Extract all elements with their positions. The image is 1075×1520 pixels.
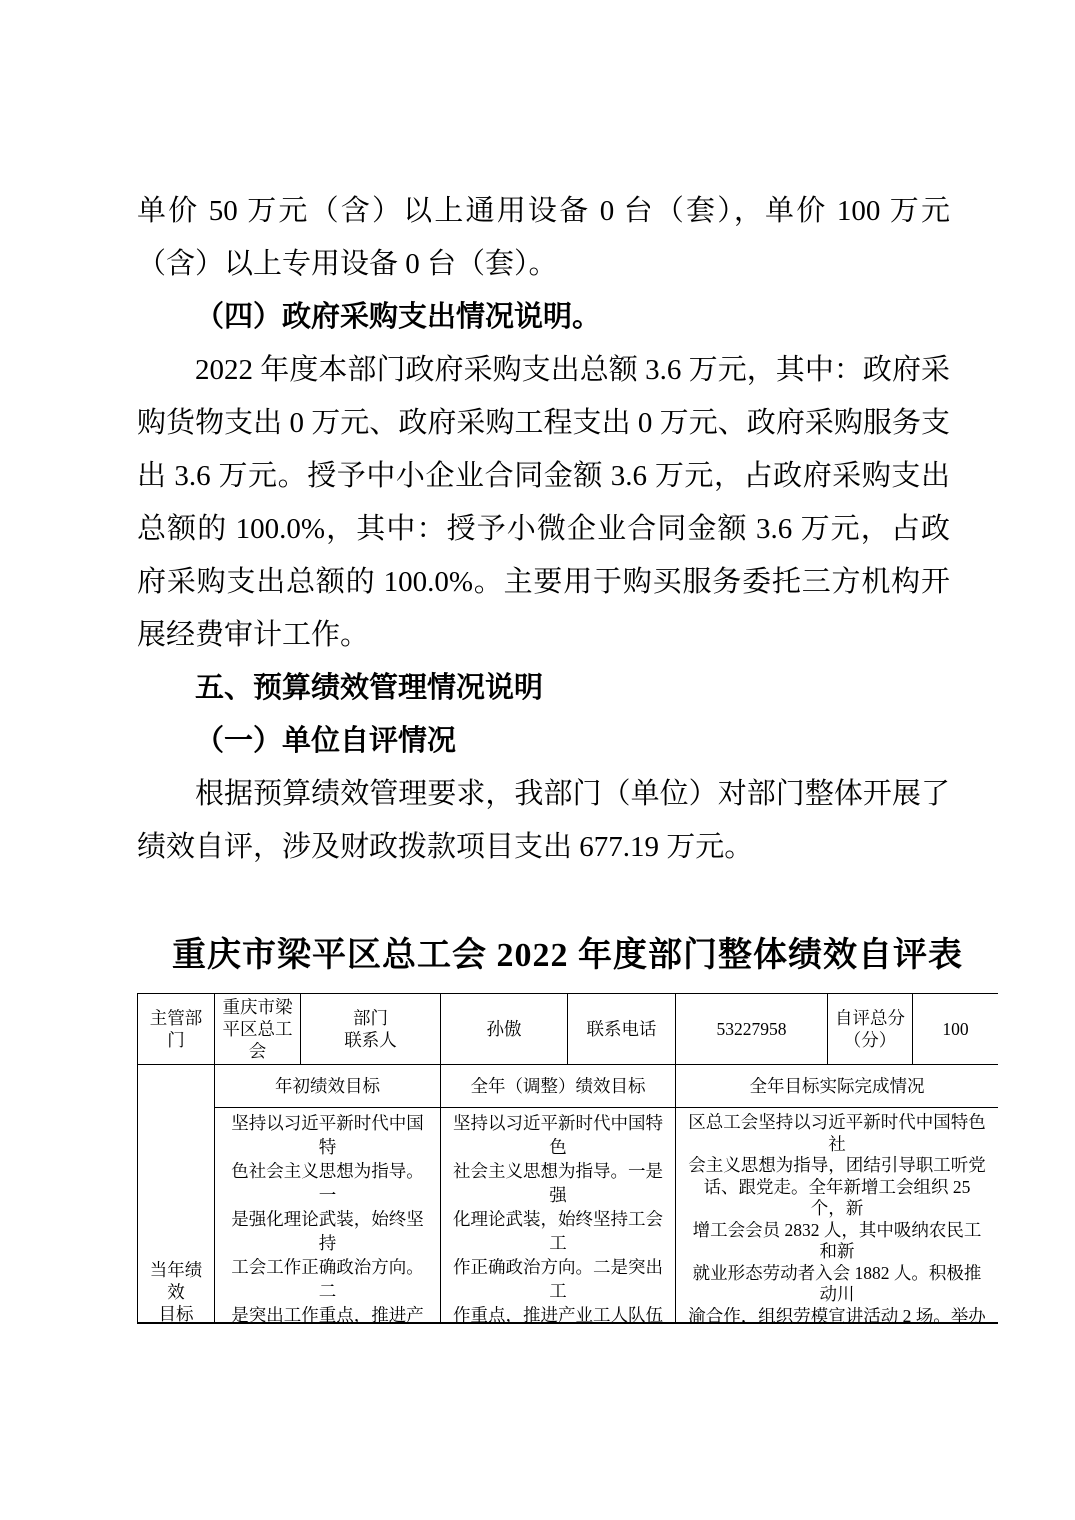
cell-phone-value: 53227958 [676, 994, 828, 1065]
heading-subsection-one: （一）单位自评情况 [137, 715, 950, 768]
cell-adjusted-goal-text: 坚持以习近平新时代中国特色 社会主义思想为指导。一是强 化理论武装，始终坚持工会… [441, 1108, 676, 1325]
cell-actual-completion-text: 区总工会坚持以习近平新时代中国特色社 会主义思想为指导，团结引导职工听党 话、跟… [676, 1108, 999, 1325]
cell-phone-label: 联系电话 [568, 994, 676, 1065]
paragraph-equipment-continued: 单价 50 万元（含）以上通用设备 0 台（套），单价 100 万元（含）以上专… [137, 185, 950, 291]
heading-section-four: （四）政府采购支出情况说明。 [137, 291, 950, 344]
table-goal-header-row: 当年绩 效 目标 年初绩效目标 全年（调整）绩效目标 全年目标实际完成情况 [138, 1065, 999, 1108]
cell-initial-goal-text: 坚持以习近平新时代中国特 色社会主义思想为指导。一 是强化理论武装，始终坚持 工… [215, 1108, 441, 1325]
paragraph-self-evaluation: 根据预算绩效管理要求，我部门（单位）对部门整体开展了绩效自评，涉及财政拨款项目支… [137, 768, 950, 874]
performance-self-eval-table: 主管部 门 重庆市梁 平区总工 会 部门 联系人 孙傲 联系电话 5322795… [137, 993, 998, 1324]
cell-score-label: 自评总分 （分） [828, 994, 913, 1065]
paragraph-procurement-details: 2022 年度本部门政府采购支出总额 3.6 万元，其中：政府采购货物支出 0 … [137, 344, 950, 662]
table-info-row: 主管部 门 重庆市梁 平区总工 会 部门 联系人 孙傲 联系电话 5322795… [138, 994, 999, 1065]
body-text-block: 单价 50 万元（含）以上通用设备 0 台（套），单价 100 万元（含）以上专… [137, 185, 950, 874]
cell-current-year-goal-label: 当年绩 效 目标 [138, 1065, 215, 1325]
cell-supervisor-value: 重庆市梁 平区总工 会 [215, 994, 301, 1065]
cell-supervisor-label: 主管部 门 [138, 994, 215, 1065]
heading-section-five: 五、预算绩效管理情况说明 [137, 662, 950, 715]
cell-contact-value: 孙傲 [441, 994, 568, 1065]
col-header-actual-completion: 全年目标实际完成情况 [676, 1065, 999, 1108]
cell-contact-label: 部门 联系人 [301, 994, 441, 1065]
table-title: 重庆市梁平区总工会 2022 年度部门整体绩效自评表 [107, 932, 1028, 980]
cell-score-value: 100 [913, 994, 999, 1065]
col-header-adjusted-goal: 全年（调整）绩效目标 [441, 1065, 676, 1108]
col-header-initial-goal: 年初绩效目标 [215, 1065, 441, 1108]
document-page: 单价 50 万元（含）以上通用设备 0 台（套），单价 100 万元（含）以上专… [0, 0, 1075, 1520]
table-goal-content-row: 坚持以习近平新时代中国特 色社会主义思想为指导。一 是强化理论武装，始终坚持 工… [138, 1108, 999, 1325]
